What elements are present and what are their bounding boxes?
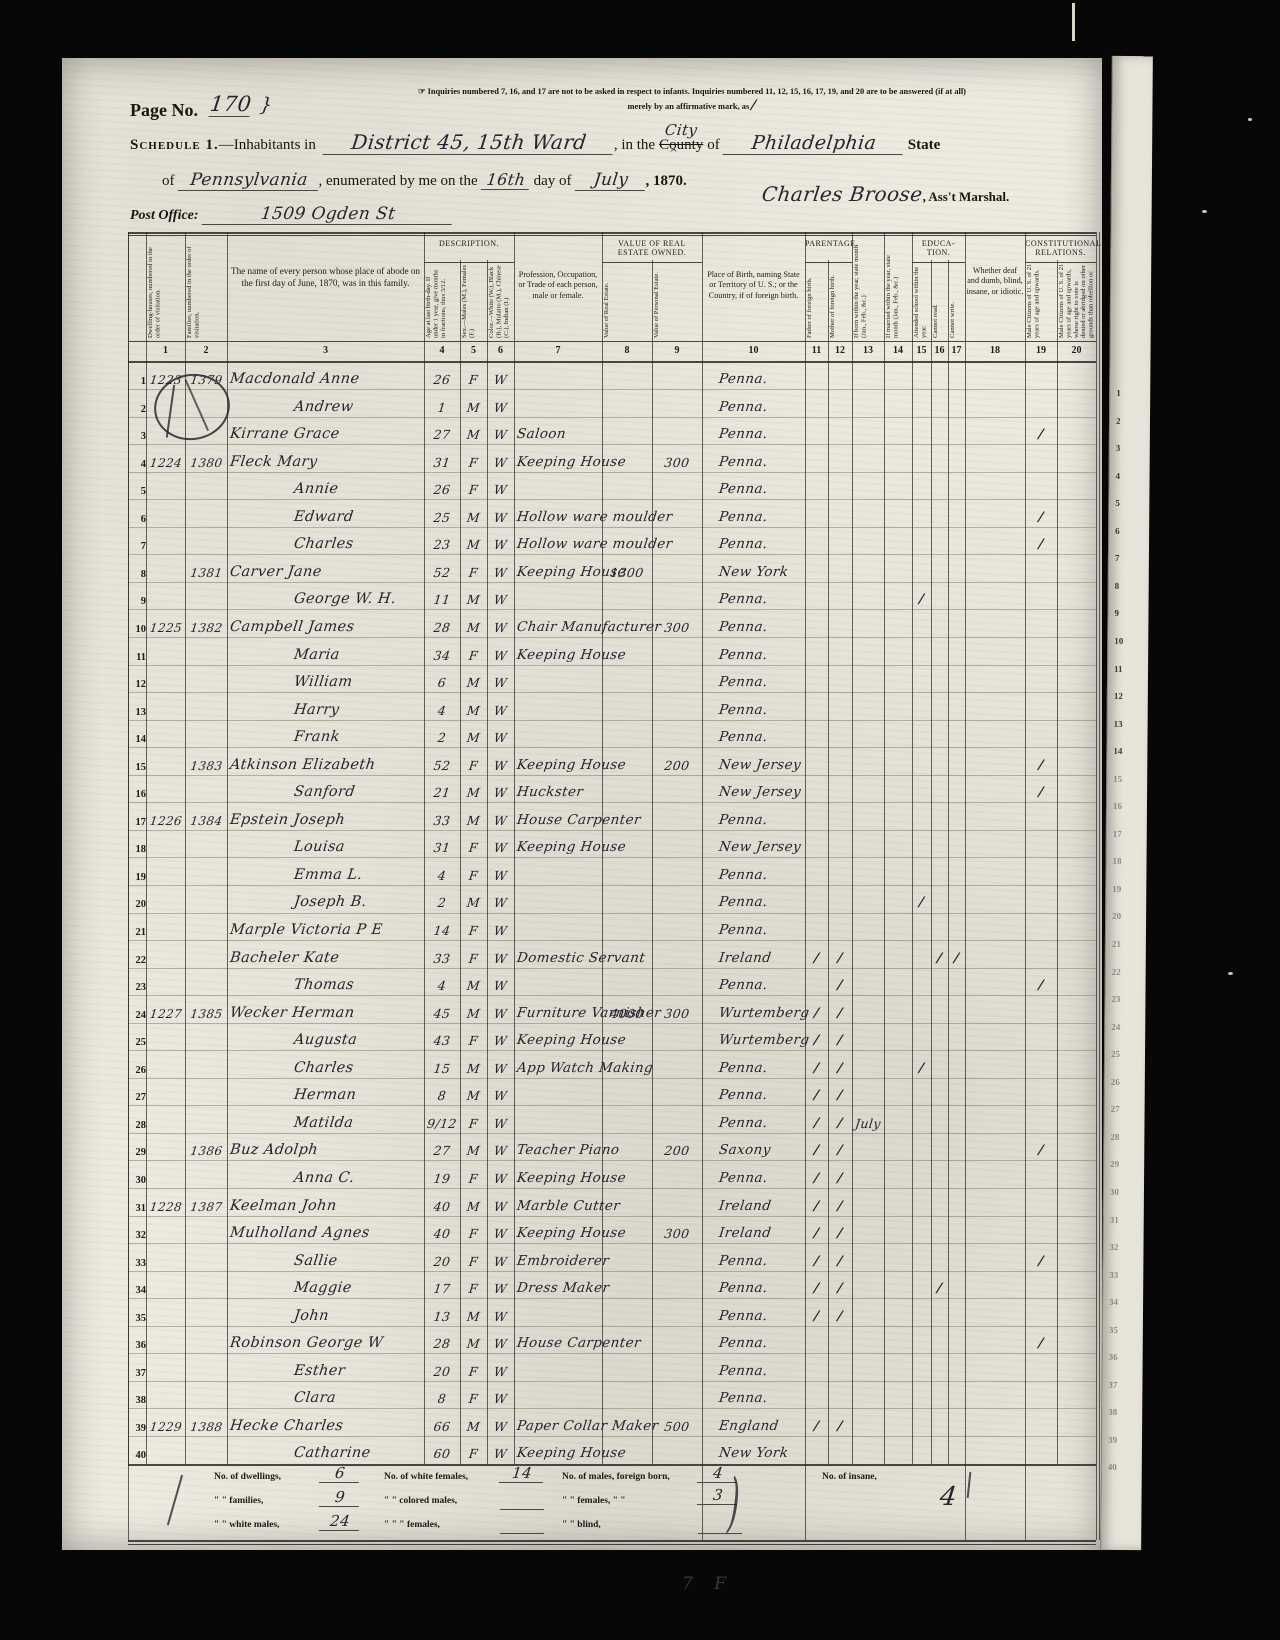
cell-sex: F (459, 951, 488, 966)
cell-m19: / (1024, 537, 1058, 552)
column-number: 17 (948, 345, 965, 356)
cell-col: W (486, 1391, 515, 1406)
edge-row-number: 40 (1108, 1462, 1117, 1472)
cell-name: Edward (293, 509, 355, 525)
cell-sex: F (459, 1364, 488, 1379)
cell-col: W (486, 1116, 515, 1131)
cell-name: Clara (293, 1390, 337, 1406)
cell-col: W (486, 951, 515, 966)
cell-m11: / (804, 1199, 829, 1214)
cell-age: 31 (423, 840, 461, 855)
cell-birth: Penna. (718, 619, 769, 635)
table-row: 18Louisa31FWKeeping HouseNew Jersey (62, 830, 1102, 858)
cell-age: 13 (423, 1309, 461, 1324)
cell-birth: New Jersey (718, 839, 802, 855)
cell-birth: Penna. (718, 481, 769, 497)
cell-age: 66 (423, 1419, 461, 1434)
cell-m11: / (804, 1309, 829, 1324)
cell-m19: / (1024, 978, 1058, 993)
cell-sex: F (459, 1446, 488, 1461)
table-row: 14Frank2MWPenna. (62, 720, 1102, 748)
cell-name: Sanford (293, 784, 356, 800)
cell-col: W (486, 1033, 515, 1048)
cell-name: Esther (293, 1363, 346, 1379)
column-number: 1 (146, 345, 185, 356)
edge-row-number: 11 (1114, 663, 1123, 673)
column-heading-9: Value of Personal Estate. (653, 260, 701, 341)
cell-birth: Wurtemberg (718, 1032, 810, 1048)
cell-ln: 15 (128, 762, 146, 773)
cell-name: Carver Jane (229, 564, 323, 580)
cell-ln: 33 (128, 1258, 146, 1269)
cell-age: 60 (423, 1446, 461, 1461)
cell-m11: / (804, 1143, 829, 1158)
scan-fleck (1228, 972, 1233, 975)
cell-ln: 38 (128, 1395, 146, 1406)
cell-ln: 26 (128, 1065, 146, 1076)
cell-ln: 32 (128, 1230, 146, 1241)
cell-age: 6 (423, 675, 461, 690)
cell-occ: Chair Manufacturer (516, 619, 662, 635)
cell-m19: / (1024, 427, 1058, 442)
cell-ln: 8 (128, 569, 146, 580)
column-number: 13 (852, 345, 884, 356)
cell-m19: / (1024, 1254, 1058, 1269)
table-row: 27Herman8MWPenna.// (62, 1078, 1102, 1106)
edge-row-number: 33 (1109, 1269, 1118, 1279)
cell-birth: Penna. (718, 1060, 769, 1076)
cell-col: W (486, 1061, 515, 1076)
column-heading-6: Color.—White (W.), Black (B.), Mulatto (… (488, 260, 513, 341)
cell-col: W (486, 1254, 515, 1269)
cell-ln: 21 (128, 927, 146, 938)
cell-ln: 1 (128, 376, 146, 387)
cell-ln: 19 (128, 872, 146, 883)
cell-col: W (486, 840, 515, 855)
cell-pe: 300 (651, 1226, 703, 1241)
edge-row-number: 3 (1116, 443, 1121, 453)
cell-age: 28 (423, 1336, 461, 1351)
column-number: 9 (652, 345, 702, 356)
cell-name: Campbell James (229, 619, 355, 635)
cell-ln: 7 (128, 541, 146, 552)
cell-col: W (486, 1364, 515, 1379)
total-families: 9 (319, 1488, 361, 1507)
cell-sex: F (459, 372, 488, 387)
table-row: 38Clara8FWPenna. (62, 1381, 1102, 1409)
table-row: 2412271385Wecker Herman45MWFurniture Var… (62, 995, 1102, 1023)
cell-ln: 5 (128, 486, 146, 497)
cell-col: W (486, 895, 515, 910)
cell-age: 26 (423, 372, 461, 387)
cell-col: W (486, 1226, 515, 1241)
column-heading-17: Cannot write. (949, 260, 964, 341)
cell-age: 27 (423, 427, 461, 442)
cell-fam: 1386 (185, 1144, 228, 1158)
cell-ln: 18 (128, 844, 146, 855)
cell-m11: / (804, 951, 829, 966)
cell-col: W (486, 1336, 515, 1351)
cell-m11: / (804, 1419, 829, 1434)
column-heading-5: Sex.—Males (M.), Females (F.) (461, 260, 486, 341)
cell-occ: Embroiderer (516, 1253, 610, 1269)
table-row: 28Matilda9/12FWPenna.//July (62, 1105, 1102, 1133)
cell-age: 11 (423, 592, 461, 607)
table-row: 12William6MWPenna. (62, 665, 1102, 693)
cell-pe: 200 (651, 758, 703, 773)
cell-sex: M (459, 895, 488, 910)
cell-col: W (486, 1171, 515, 1186)
cell-age: 2 (423, 730, 461, 745)
edge-row-number: 9 (1114, 608, 1119, 618)
cell-occ: House Carpenter (516, 812, 642, 828)
cell-ln: 31 (128, 1203, 146, 1214)
cell-m12: / (827, 1061, 853, 1076)
column-number: 19 (1025, 345, 1057, 356)
cell-ln: 3 (128, 431, 146, 442)
cell-birth: Penna. (718, 1335, 769, 1351)
cell-birth: Wurtemberg (718, 1005, 810, 1021)
cell-ln: 16 (128, 789, 146, 800)
cell-fam: 1385 (185, 1007, 228, 1021)
edge-row-number: 23 (1111, 994, 1120, 1004)
cell-m16: / (930, 951, 949, 966)
cell-birth: Penna. (718, 867, 769, 883)
cell-m17: / (947, 951, 966, 966)
cell-name: Frank (293, 729, 341, 745)
cell-m12: / (827, 951, 853, 966)
column-number: 10 (702, 345, 805, 356)
table-rule (128, 1544, 1096, 1545)
table-row: 151383Atkinson Elizabeth52FWKeeping Hous… (62, 747, 1102, 775)
insane-label: No. of insane, (822, 1472, 877, 1482)
cell-col: W (486, 703, 515, 718)
cell-name: Emma L. (293, 867, 363, 883)
cell-fam: 1383 (185, 759, 228, 773)
column-group-heading: Constitutional Relations. (1025, 236, 1096, 263)
cell-col: W (486, 758, 515, 773)
cell-age: 27 (423, 1143, 461, 1158)
table-row: 26Charles15MWApp Watch MakingPenna./// (62, 1050, 1102, 1078)
edge-row-number: 16 (1113, 801, 1122, 811)
cell-m12: / (827, 978, 853, 993)
adjacent-page-edge: 1234567891011121314151617181920212223242… (1100, 56, 1153, 1550)
cell-dw: 1229 (146, 1420, 186, 1434)
cell-m15: / (911, 895, 932, 910)
cell-birth: Penna. (718, 1363, 769, 1379)
cell-birth: Penna. (718, 1308, 769, 1324)
cell-col: W (486, 620, 515, 635)
cell-age: 17 (423, 1281, 461, 1296)
edge-row-number: 28 (1110, 1132, 1119, 1142)
cell-sex: F (459, 1116, 488, 1131)
cell-name: Robinson George W (229, 1335, 384, 1351)
cell-ln: 27 (128, 1092, 146, 1103)
cell-age: 14 (423, 923, 461, 938)
scan-fleck (1202, 210, 1207, 213)
cell-sex: M (459, 537, 488, 552)
cell-col: W (486, 923, 515, 938)
cell-sex: M (459, 427, 488, 442)
cell-birth: Penna. (718, 536, 769, 552)
cell-ln: 20 (128, 899, 146, 910)
scan-fleck (1248, 118, 1252, 121)
cell-ln: 6 (128, 514, 146, 525)
table-rule (128, 232, 1096, 234)
table-row: 40Catharine60FWKeeping HouseNew York (62, 1436, 1102, 1464)
cell-sex: M (459, 813, 488, 828)
cell-ln: 13 (128, 707, 146, 718)
cell-age: 23 (423, 537, 461, 552)
cell-ln: 2 (128, 404, 146, 415)
cell-birth: Penna. (718, 426, 769, 442)
cell-ln: 28 (128, 1120, 146, 1131)
edge-row-number: 29 (1110, 1159, 1119, 1169)
cell-ln: 10 (128, 624, 146, 635)
column-heading-1: Dwelling-houses, numbered in the order o… (147, 236, 184, 341)
cell-name: Epstein Joseph (229, 812, 346, 828)
cell-name: Thomas (293, 977, 355, 993)
cell-age: 21 (423, 785, 461, 800)
column-heading-13: If born within the year, state month (Ja… (853, 236, 883, 341)
cell-name: Wecker Herman (229, 1005, 355, 1021)
column-number: 11 (805, 345, 828, 356)
cell-name: Charles (293, 536, 354, 552)
edge-row-number: 37 (1108, 1380, 1117, 1390)
cell-name: Macdonald Anne (229, 371, 360, 387)
cell-birth: Ireland (718, 1225, 772, 1241)
table-row: 20Joseph B.2MWPenna./ (62, 885, 1102, 913)
cell-birth: Ireland (718, 1198, 772, 1214)
cell-birth: Saxony (718, 1142, 772, 1158)
edge-row-number: 24 (1111, 1022, 1120, 1032)
edge-row-number: 36 (1109, 1352, 1118, 1362)
cell-name: John (293, 1308, 330, 1324)
cell-col: W (486, 785, 515, 800)
table-row: 5Annie26FWPenna. (62, 472, 1102, 500)
cell-sex: F (459, 1391, 488, 1406)
cell-sex: M (459, 703, 488, 718)
column-number: 15 (912, 345, 931, 356)
census-page: Page No. 170 } ☞ Inquiries numbered 7, 1… (62, 58, 1102, 1550)
cell-fam: 1380 (185, 456, 228, 470)
table-row: 21Marple Victoria P E14FWPenna. (62, 913, 1102, 941)
census-scan: Page No. 170 } ☞ Inquiries numbered 7, 1… (0, 0, 1280, 1640)
cell-col: W (486, 1419, 515, 1434)
cell-ln: 9 (128, 596, 146, 607)
table-row: 35John13MWPenna.// (62, 1298, 1102, 1326)
edge-row-number: 1 (1116, 388, 1121, 398)
cell-sex: M (459, 1309, 488, 1324)
cell-name: Keelman John (229, 1198, 338, 1214)
cell-age: 2 (423, 895, 461, 910)
cell-age: 31 (423, 455, 461, 470)
cell-col: W (486, 813, 515, 828)
cell-ln: 35 (128, 1313, 146, 1324)
cell-m19: / (1024, 1143, 1058, 1158)
column-number: 4 (424, 345, 460, 356)
column-heading-4: Age at last birth-day. If under 1 year, … (425, 260, 459, 341)
cell-sex: M (459, 978, 488, 993)
cell-age: 28 (423, 620, 461, 635)
cell-sex: F (459, 1226, 488, 1241)
table-rule (128, 1540, 1096, 1542)
edge-row-number: 31 (1110, 1214, 1119, 1224)
column-group-heading: Parentage. (805, 236, 852, 263)
cell-sex: F (459, 758, 488, 773)
column-number: 14 (884, 345, 912, 356)
cell-occ: Dress Maker (516, 1280, 610, 1296)
cell-age: 4 (423, 978, 461, 993)
cell-occ: Keeping House (516, 757, 627, 773)
cell-dw: 1226 (146, 814, 186, 828)
cell-age: 9/12 (423, 1116, 461, 1131)
edge-row-number: 14 (1113, 746, 1122, 756)
cell-name: Kirrane Grace (229, 426, 341, 442)
cell-age: 26 (423, 482, 461, 497)
cell-sex: M (459, 400, 488, 415)
cell-birth: Penna. (718, 977, 769, 993)
cell-ln: 24 (128, 1010, 146, 1021)
cell-m15: / (911, 592, 932, 607)
cell-name: Hecke Charles (229, 1418, 344, 1434)
table-row: 13Harry4MWPenna. (62, 692, 1102, 720)
cell-name: Herman (293, 1087, 357, 1103)
cell-ln: 14 (128, 734, 146, 745)
column-number: 12 (828, 345, 852, 356)
column-heading-20: Male Citizens of U. S. of 21 years of ag… (1058, 260, 1095, 341)
cell-name: Augusta (293, 1032, 358, 1048)
cell-col: W (486, 1088, 515, 1103)
cell-ln: 22 (128, 955, 146, 966)
cell-col: W (486, 592, 515, 607)
table-row: 1712261384Epstein Joseph33MWHouse Carpen… (62, 802, 1102, 830)
cell-birth: New Jersey (718, 784, 802, 800)
cell-age: 25 (423, 510, 461, 525)
cell-fam: 1382 (185, 621, 228, 635)
cell-name: Catharine (293, 1445, 372, 1461)
cell-age: 52 (423, 565, 461, 580)
column-number: 8 (602, 345, 652, 356)
cell-birth: Penna. (718, 729, 769, 745)
edge-row-number: 17 (1113, 829, 1122, 839)
column-heading-16: Cannot read. (932, 260, 947, 341)
cell-birth: Penna. (718, 1253, 769, 1269)
cell-m12: / (827, 1171, 853, 1186)
column-number: 6 (487, 345, 514, 356)
column-number: 2 (185, 345, 227, 356)
edge-row-number: 12 (1114, 691, 1123, 701)
cell-name: Bacheler Kate (229, 950, 340, 966)
edge-row-number: 18 (1113, 856, 1122, 866)
cell-ln: 40 (128, 1450, 146, 1461)
cell-col: W (486, 565, 515, 580)
cell-birth: Penna. (718, 454, 769, 470)
total-dwellings: 6 (319, 1464, 361, 1483)
cell-sex: M (459, 1088, 488, 1103)
cell-birth: Penna. (718, 702, 769, 718)
cell-birth: New York (718, 1445, 789, 1461)
edge-row-number: 5 (1115, 498, 1120, 508)
cell-col: W (486, 1199, 515, 1214)
cell-name: Maria (293, 647, 341, 663)
cell-ln: 17 (128, 817, 146, 828)
edge-row-number: 34 (1109, 1297, 1118, 1307)
table-row: 33Sallie20FWEmbroidererPenna./// (62, 1243, 1102, 1271)
cell-occ: Keeping House (516, 839, 627, 855)
cell-col: W (486, 372, 515, 387)
column-number: 3 (227, 345, 424, 356)
cell-fam: 1384 (185, 814, 228, 828)
edge-row-number: 35 (1109, 1325, 1118, 1335)
cell-sex: F (459, 455, 488, 470)
table-row: 3912291388Hecke Charles66MWPaper Collar … (62, 1408, 1102, 1436)
cell-sex: M (459, 675, 488, 690)
cell-sex: F (459, 482, 488, 497)
edge-row-number: 30 (1110, 1187, 1119, 1197)
cell-birth: Penna. (718, 591, 769, 607)
column-group-heading: Educa-tion. (912, 236, 965, 263)
cell-birth: Penna. (718, 894, 769, 910)
cell-sex: M (459, 730, 488, 745)
cell-sex: M (459, 1143, 488, 1158)
cell-sex: M (459, 1061, 488, 1076)
column-heading-12: Mother of foreign birth. (829, 260, 851, 341)
cell-ln: 12 (128, 679, 146, 690)
cell-col: W (486, 427, 515, 442)
cell-m11: / (804, 1061, 829, 1076)
cell-m12: / (827, 1143, 853, 1158)
table-row: 6Edward25MWHollow ware moulderPenna./ (62, 499, 1102, 527)
cell-age: 8 (423, 1088, 461, 1103)
table-row: 34Maggie17FWDress MakerPenna./// (62, 1271, 1102, 1299)
table-row: 81381Carver Jane52FWKeeping House1300New… (62, 554, 1102, 582)
cell-age: 20 (423, 1364, 461, 1379)
cell-m12: / (827, 1281, 853, 1296)
cell-m11: / (804, 1171, 829, 1186)
cell-occ: Saloon (516, 426, 567, 442)
total-colored-males (500, 1508, 544, 1510)
table-row: 412241380Fleck Mary31FWKeeping House300P… (62, 444, 1102, 472)
cell-name: Louisa (293, 839, 346, 855)
cell-birth: Penna. (718, 812, 769, 828)
cell-sex: M (459, 1199, 488, 1214)
cell-ln: 4 (128, 459, 146, 470)
cell-age: 40 (423, 1226, 461, 1241)
table-row: 1012251382Campbell James28MWChair Manufa… (62, 609, 1102, 637)
cell-fam: 1387 (185, 1200, 228, 1214)
edge-row-number: 6 (1115, 526, 1120, 536)
cell-name: Matilda (293, 1115, 354, 1131)
cell-m12: / (827, 1199, 853, 1214)
cell-sex: F (459, 840, 488, 855)
cell-age: 45 (423, 1006, 461, 1021)
cell-name: Marple Victoria P E (229, 922, 383, 938)
cell-occ: Keeping House (516, 454, 627, 470)
cell-name: Harry (293, 702, 340, 718)
cell-m19: / (1024, 758, 1058, 773)
cell-sex: F (459, 1281, 488, 1296)
table-row: 291386Buz Adolph27MWTeacher Piano200Saxo… (62, 1133, 1102, 1161)
cell-m13: July (851, 1116, 885, 1131)
census-table: Description.Value of Real Estate owned.P… (62, 58, 1102, 1550)
cell-pe: 500 (651, 1419, 703, 1434)
column-number: 18 (965, 345, 1025, 356)
column-heading-10: Place of Birth, naming State or Territor… (703, 236, 804, 341)
edge-row-number: 27 (1111, 1104, 1120, 1114)
cell-birth: Penna. (718, 399, 769, 415)
cell-name: Mulholland Agnes (229, 1225, 371, 1241)
